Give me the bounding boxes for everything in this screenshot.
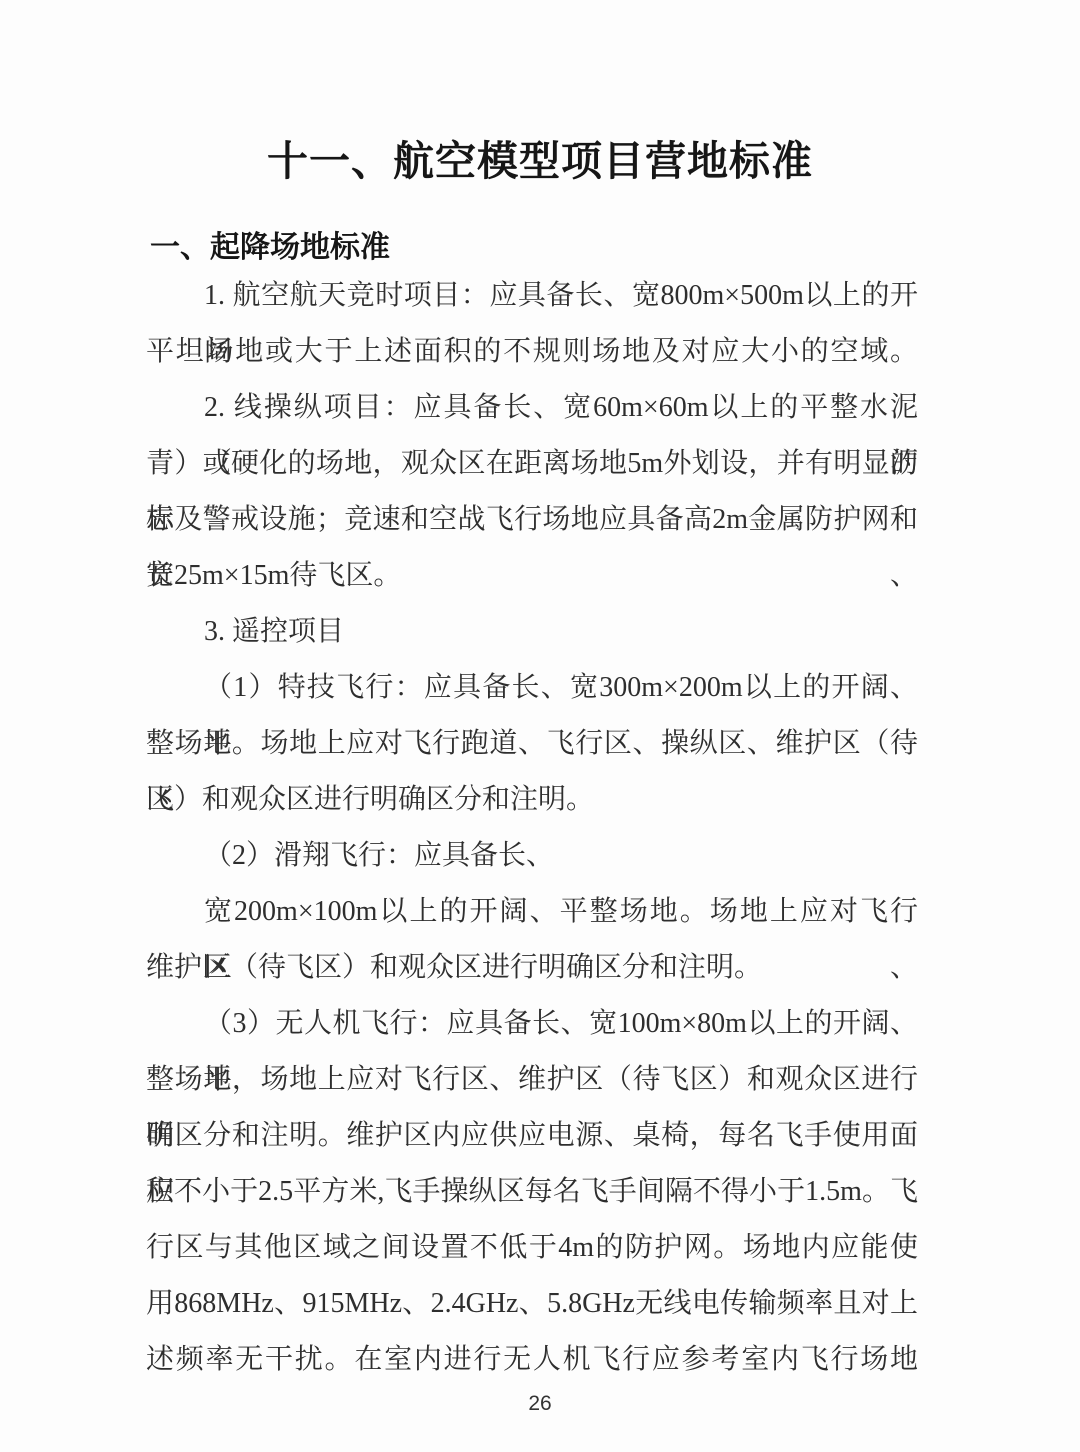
text-line: 1. 航空航天竞时项目：应具备长、宽800m×500m以上的开阔	[146, 268, 918, 324]
text-line: （1）特技飞行：应具备长、宽300m×200m以上的开阔、平	[146, 660, 918, 716]
document-body: 1. 航空航天竞时项目：应具备长、宽800m×500m以上的开阔平坦场地或大于上…	[146, 268, 918, 1388]
text-line: 区）和观众区进行明确区分和注明。	[146, 772, 918, 828]
text-line: 应不小于2.5平方米,飞手操纵区每名飞手间隔不得小于1.5m。飞	[146, 1164, 918, 1220]
text-line: 青）或硬化的场地，观众区在距离场地5m外划设，并有明显的标	[146, 436, 918, 492]
document-page: 十一、航空模型项目营地标准 一、起降场地标准 1. 航空航天竞时项目：应具备长、…	[0, 0, 1080, 1452]
text-line: 述频率无干扰。在室内进行无人机飞行应参考室内飞行场地	[146, 1332, 918, 1388]
section-heading: 一、起降场地标准	[150, 222, 390, 266]
document-title: 十一、航空模型项目营地标准	[0, 128, 1080, 187]
text-line: 2. 线操纵项目：应具备长、宽60m×60m以上的平整水泥（沥	[146, 380, 918, 436]
text-line: 宽200m×100m以上的开阔、平整场地。场地上应对飞行区、	[146, 884, 918, 940]
text-line: 整场地。场地上应对飞行跑道、飞行区、操纵区、维护区（待飞	[146, 716, 918, 772]
text-line: 平坦场地或大于上述面积的不规则场地及对应大小的空域。	[146, 324, 918, 380]
text-line: 志及警戒设施；竞速和空战飞行场地应具备高2m金属防护网和长、	[146, 492, 918, 548]
page-number: 26	[0, 1392, 1080, 1416]
text-line: 整场地，场地上应对飞行区、维护区（待飞区）和观众区进行明	[146, 1052, 918, 1108]
text-line: 用868MHz、915MHz、2.4GHz、5.8GHz无线电传输频率且对上	[146, 1276, 918, 1332]
text-line: （3）无人机飞行：应具备长、宽100m×80m以上的开阔、平	[146, 996, 918, 1052]
text-line: （2）滑翔飞行：应具备长、	[146, 828, 918, 884]
text-line: 确区分和注明。维护区内应供应电源、桌椅，每名飞手使用面积	[146, 1108, 918, 1164]
text-line: 行区与其他区域之间设置不低于4m的防护网。场地内应能使	[146, 1220, 918, 1276]
text-line: 3. 遥控项目	[146, 604, 918, 660]
